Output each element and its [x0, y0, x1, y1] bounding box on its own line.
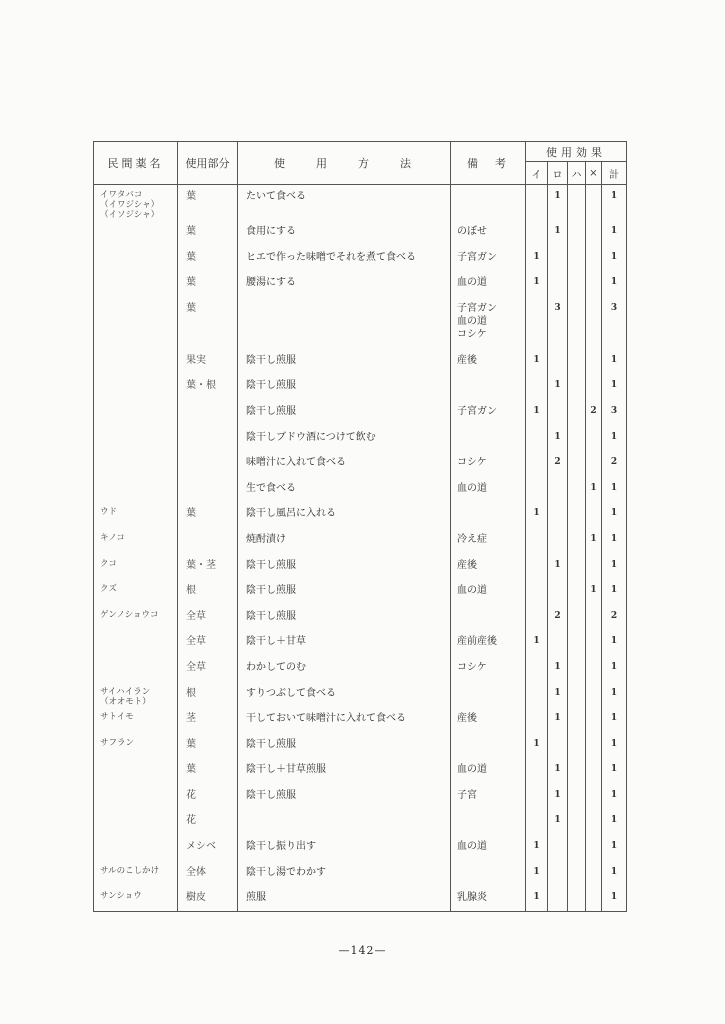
cell-effect-total: 1 [602, 784, 627, 810]
cell-part: 葉 [178, 733, 238, 759]
cell-effect-i [526, 477, 548, 503]
cell-part: 茎 [178, 707, 238, 733]
cell-part: 全草 [178, 630, 238, 656]
cell-effect-i [526, 605, 548, 631]
cell-part: 葉・茎 [178, 554, 238, 580]
cell-effect-ro: 1 [548, 707, 568, 733]
cell-effect-ha [568, 605, 586, 631]
table-row: 花11 [94, 809, 627, 835]
cell-note [451, 374, 526, 400]
cell-note: 子宮ガン [451, 400, 526, 426]
cell-effect-ha [568, 835, 586, 861]
header-note: 備 考 [451, 142, 526, 185]
cell-name [94, 656, 178, 682]
cell-name [94, 220, 178, 246]
cell-effect-total: 3 [602, 400, 627, 426]
cell-effect-i [526, 528, 548, 554]
cell-name [94, 349, 178, 375]
cell-effect-ha [568, 758, 586, 784]
cell-name [94, 784, 178, 810]
cell-effect-x [586, 835, 602, 861]
cell-effect-x [586, 733, 602, 759]
cell-effect-i: 1 [526, 630, 548, 656]
cell-effect-ha [568, 185, 586, 221]
cell-method: 陰干し煎服 [238, 374, 451, 400]
cell-note [451, 426, 526, 452]
cell-name: イワタバコ （イワジシャ） （イソジシャ） [94, 185, 178, 221]
cell-name [94, 400, 178, 426]
cell-effect-i: 1 [526, 400, 548, 426]
cell-effect-total: 2 [602, 451, 627, 477]
cell-part: 根 [178, 579, 238, 605]
cell-effect-ro [548, 886, 568, 912]
cell-effect-ro [548, 733, 568, 759]
cell-effect-i: 1 [526, 349, 548, 375]
cell-effect-i: 1 [526, 246, 548, 272]
cell-effect-i [526, 707, 548, 733]
cell-method: 焼酎漬け [238, 528, 451, 554]
cell-effect-ro: 2 [548, 451, 568, 477]
cell-method: 陰干し煎服 [238, 400, 451, 426]
cell-part: 花 [178, 784, 238, 810]
cell-effect-x [586, 682, 602, 708]
cell-method: 陰干しブドウ酒につけて飲む [238, 426, 451, 452]
cell-effect-ro: 1 [548, 682, 568, 708]
table-row: ゲンノショウコ全草陰干し煎服22 [94, 605, 627, 631]
cell-note [451, 733, 526, 759]
cell-effect-total: 1 [602, 630, 627, 656]
cell-method: 食用にする [238, 220, 451, 246]
cell-effect-ro [548, 630, 568, 656]
cell-name: サイハイラン （オオモト） [94, 682, 178, 708]
cell-effect-i: 1 [526, 502, 548, 528]
cell-effect-x [586, 758, 602, 784]
cell-effect-ro [548, 835, 568, 861]
cell-effect-ha [568, 707, 586, 733]
cell-effect-ha [568, 886, 586, 912]
table-row: サフラン葉陰干し煎服11 [94, 733, 627, 759]
cell-part: 全草 [178, 605, 238, 631]
cell-method: 陰干し＋甘草煎服 [238, 758, 451, 784]
cell-method: 腰湯にする [238, 271, 451, 297]
cell-note: のぼせ [451, 220, 526, 246]
cell-effect-ha [568, 630, 586, 656]
cell-effect-ro [548, 579, 568, 605]
cell-note: 産後 [451, 554, 526, 580]
cell-effect-ro: 1 [548, 185, 568, 221]
cell-effect-ha [568, 554, 586, 580]
cell-effect-ha [568, 271, 586, 297]
table-row: クコ葉・茎陰干し煎服産後11 [94, 554, 627, 580]
cell-effect-total: 1 [602, 886, 627, 912]
cell-effect-x [586, 185, 602, 221]
cell-name [94, 630, 178, 656]
cell-name [94, 426, 178, 452]
cell-effect-i [526, 809, 548, 835]
folk-medicine-table-container: 民間薬名 使用部分 使 用 方 法 備 考 使用効果 イ ロ ハ × 計 イワタ… [93, 141, 626, 912]
cell-part [178, 477, 238, 503]
cell-method: 味噌汁に入れて食べる [238, 451, 451, 477]
cell-effect-ro [548, 861, 568, 887]
cell-effect-ha [568, 733, 586, 759]
cell-effect-total: 1 [602, 477, 627, 503]
cell-effect-total: 1 [602, 656, 627, 682]
cell-note: 血の道 [451, 477, 526, 503]
cell-note: 産前産後 [451, 630, 526, 656]
header-effect-ha: ハ [568, 162, 586, 185]
cell-effect-total: 1 [602, 426, 627, 452]
cell-effect-total: 1 [602, 861, 627, 887]
cell-effect-x [586, 502, 602, 528]
cell-effect-total: 1 [602, 809, 627, 835]
cell-effect-ro [548, 246, 568, 272]
cell-effect-ha [568, 502, 586, 528]
cell-name [94, 758, 178, 784]
table-row: 陰干し煎服子宮ガン123 [94, 400, 627, 426]
cell-effect-x [586, 861, 602, 887]
cell-effect-ha [568, 220, 586, 246]
table-row: 生で食べる血の道11 [94, 477, 627, 503]
table-row: 葉ヒエで作った味噌でそれを煮て食べる子宮ガン11 [94, 246, 627, 272]
cell-effect-ha [568, 297, 586, 349]
cell-name: ウド [94, 502, 178, 528]
cell-effect-ro: 1 [548, 426, 568, 452]
cell-part: 全体 [178, 861, 238, 887]
cell-effect-i [526, 185, 548, 221]
cell-effect-ha [568, 809, 586, 835]
cell-effect-ro: 1 [548, 809, 568, 835]
cell-effect-ro: 2 [548, 605, 568, 631]
cell-effect-ro: 1 [548, 374, 568, 400]
cell-effect-x [586, 809, 602, 835]
cell-effect-x [586, 784, 602, 810]
cell-effect-x: 1 [586, 528, 602, 554]
cell-effect-x [586, 656, 602, 682]
cell-method: すりつぶして食べる [238, 682, 451, 708]
cell-effect-ha [568, 682, 586, 708]
cell-method: 煎服 [238, 886, 451, 912]
cell-effect-x [586, 220, 602, 246]
cell-effect-total: 1 [602, 554, 627, 580]
cell-part: 果実 [178, 349, 238, 375]
table-row: 全草わかしてのむコシケ11 [94, 656, 627, 682]
cell-part: 花 [178, 809, 238, 835]
cell-effect-i: 1 [526, 886, 548, 912]
cell-method: ヒエで作った味噌でそれを煮て食べる [238, 246, 451, 272]
table-body: イワタバコ （イワジシャ） （イソジシャ）葉たいて食べる11葉食用にするのぼせ1… [94, 185, 627, 912]
cell-name [94, 809, 178, 835]
cell-effect-ro: 1 [548, 656, 568, 682]
cell-effect-ro: 1 [548, 220, 568, 246]
cell-effect-total: 1 [602, 185, 627, 221]
cell-effect-i [526, 297, 548, 349]
cell-note: 血の道 [451, 758, 526, 784]
cell-part: 葉 [178, 220, 238, 246]
cell-effect-i: 1 [526, 861, 548, 887]
cell-note: 産後 [451, 707, 526, 733]
cell-effect-x [586, 374, 602, 400]
cell-part: 葉・根 [178, 374, 238, 400]
cell-note: 子宮ガン 血の道 コシケ [451, 297, 526, 349]
header-effect-total: 計 [602, 162, 627, 185]
cell-note: 産後 [451, 349, 526, 375]
cell-name [94, 477, 178, 503]
cell-effect-i [526, 554, 548, 580]
table-row: サンショウ樹皮煎服乳腺炎11 [94, 886, 627, 912]
cell-name [94, 271, 178, 297]
cell-note: 血の道 [451, 579, 526, 605]
cell-note: 冷え症 [451, 528, 526, 554]
cell-effect-x: 2 [586, 400, 602, 426]
cell-method: 陰干し煎服 [238, 579, 451, 605]
cell-method: 陰干し煎服 [238, 784, 451, 810]
cell-name [94, 297, 178, 349]
cell-effect-x [586, 630, 602, 656]
header-effect-ro: ロ [548, 162, 568, 185]
cell-part: 葉 [178, 297, 238, 349]
table-row: 葉・根陰干し煎服11 [94, 374, 627, 400]
cell-method: 陰干し煎服 [238, 349, 451, 375]
table-row: 葉陰干し＋甘草煎服血の道11 [94, 758, 627, 784]
cell-note: 血の道 [451, 835, 526, 861]
cell-effect-ha [568, 400, 586, 426]
cell-effect-ro [548, 271, 568, 297]
table-row: 花陰干し煎服子宮11 [94, 784, 627, 810]
table-row: 陰干しブドウ酒につけて飲む11 [94, 426, 627, 452]
cell-effect-total: 1 [602, 528, 627, 554]
table-row: キノコ焼酎漬け冷え症11 [94, 528, 627, 554]
cell-note [451, 682, 526, 708]
cell-effect-i [526, 579, 548, 605]
cell-part: 根 [178, 682, 238, 708]
cell-part [178, 426, 238, 452]
cell-note [451, 605, 526, 631]
cell-part [178, 451, 238, 477]
cell-effect-i: 1 [526, 733, 548, 759]
cell-effect-ha [568, 374, 586, 400]
cell-note: 血の道 [451, 271, 526, 297]
cell-effect-total: 2 [602, 605, 627, 631]
table-row: サトイモ茎干しておいて味噌汁に入れて食べる産後11 [94, 707, 627, 733]
cell-name: クコ [94, 554, 178, 580]
table-header: 民間薬名 使用部分 使 用 方 法 備 考 使用効果 イ ロ ハ × 計 [94, 142, 627, 185]
cell-part: 葉 [178, 502, 238, 528]
cell-name [94, 246, 178, 272]
table-row: メシベ陰干し振り出す血の道11 [94, 835, 627, 861]
cell-method [238, 297, 451, 349]
cell-note [451, 861, 526, 887]
table-row: サイハイラン （オオモト）根すりつぶして食べる11 [94, 682, 627, 708]
cell-effect-x [586, 297, 602, 349]
cell-effect-ha [568, 861, 586, 887]
header-part: 使用部分 [178, 142, 238, 185]
table-row: サルのこしかけ全体陰干し湯でわかす11 [94, 861, 627, 887]
cell-effect-i [526, 682, 548, 708]
cell-effect-x [586, 246, 602, 272]
cell-name: クズ [94, 579, 178, 605]
cell-method: 干しておいて味噌汁に入れて食べる [238, 707, 451, 733]
cell-effect-x [586, 886, 602, 912]
cell-part: メシベ [178, 835, 238, 861]
cell-method: 陰干し煎服 [238, 605, 451, 631]
cell-effect-total: 1 [602, 835, 627, 861]
cell-effect-i [526, 220, 548, 246]
cell-effect-x [586, 707, 602, 733]
cell-effect-i [526, 656, 548, 682]
cell-effect-total: 1 [602, 246, 627, 272]
cell-method: 生で食べる [238, 477, 451, 503]
cell-effect-ro [548, 400, 568, 426]
cell-effect-total: 1 [602, 579, 627, 605]
cell-effect-ro: 1 [548, 784, 568, 810]
cell-effect-ha [568, 579, 586, 605]
cell-effect-ha [568, 246, 586, 272]
cell-effect-i [526, 784, 548, 810]
table-row: 葉子宮ガン 血の道 コシケ33 [94, 297, 627, 349]
cell-part: 葉 [178, 185, 238, 221]
cell-method: 陰干し＋甘草 [238, 630, 451, 656]
header-method: 使 用 方 法 [238, 142, 451, 185]
cell-note [451, 809, 526, 835]
cell-effect-total: 1 [602, 220, 627, 246]
cell-effect-i [526, 758, 548, 784]
cell-note [451, 185, 526, 221]
cell-method [238, 809, 451, 835]
cell-name: サフラン [94, 733, 178, 759]
header-name: 民間薬名 [94, 142, 178, 185]
cell-part: 樹皮 [178, 886, 238, 912]
cell-note: 乳腺炎 [451, 886, 526, 912]
cell-effect-total: 1 [602, 374, 627, 400]
cell-effect-total: 1 [602, 758, 627, 784]
cell-effect-total: 1 [602, 707, 627, 733]
cell-method: たいて食べる [238, 185, 451, 221]
table-row: 果実陰干し煎服産後11 [94, 349, 627, 375]
cell-part: 葉 [178, 246, 238, 272]
cell-part [178, 400, 238, 426]
page-number: —142— [0, 944, 725, 957]
cell-effect-ro [548, 349, 568, 375]
cell-name [94, 835, 178, 861]
cell-part: 葉 [178, 271, 238, 297]
cell-effect-i: 1 [526, 835, 548, 861]
table-row: 葉食用にするのぼせ11 [94, 220, 627, 246]
cell-note: コシケ [451, 451, 526, 477]
cell-effect-x [586, 554, 602, 580]
cell-method: 陰干し煎服 [238, 733, 451, 759]
cell-effect-ha [568, 451, 586, 477]
cell-effect-ro [548, 528, 568, 554]
cell-note: 子宮 [451, 784, 526, 810]
cell-name [94, 374, 178, 400]
header-effect: 使用効果 [526, 142, 627, 162]
cell-effect-total: 1 [602, 349, 627, 375]
cell-effect-ro: 3 [548, 297, 568, 349]
cell-effect-ha [568, 426, 586, 452]
cell-effect-ha [568, 528, 586, 554]
cell-part: 全草 [178, 656, 238, 682]
cell-effect-ha [568, 784, 586, 810]
cell-effect-total: 1 [602, 502, 627, 528]
cell-method: 陰干し振り出す [238, 835, 451, 861]
cell-method: わかしてのむ [238, 656, 451, 682]
cell-note: 子宮ガン [451, 246, 526, 272]
cell-part: 葉 [178, 758, 238, 784]
cell-method: 陰干し湯でわかす [238, 861, 451, 887]
cell-effect-x [586, 605, 602, 631]
table-row: イワタバコ （イワジシャ） （イソジシャ）葉たいて食べる11 [94, 185, 627, 221]
cell-effect-total: 3 [602, 297, 627, 349]
cell-effect-x [586, 271, 602, 297]
folk-medicine-table: 民間薬名 使用部分 使 用 方 法 備 考 使用効果 イ ロ ハ × 計 イワタ… [93, 141, 627, 912]
table-row: ウド葉陰干し風呂に入れる11 [94, 502, 627, 528]
cell-effect-i: 1 [526, 271, 548, 297]
cell-effect-ro [548, 477, 568, 503]
cell-name: キノコ [94, 528, 178, 554]
header-effect-i: イ [526, 162, 548, 185]
cell-effect-total: 1 [602, 682, 627, 708]
cell-name: ゲンノショウコ [94, 605, 178, 631]
cell-method: 陰干し風呂に入れる [238, 502, 451, 528]
cell-effect-ha [568, 477, 586, 503]
cell-effect-x: 1 [586, 477, 602, 503]
cell-effect-i [526, 426, 548, 452]
cell-name: サトイモ [94, 707, 178, 733]
cell-effect-total: 1 [602, 733, 627, 759]
cell-effect-ro: 1 [548, 758, 568, 784]
cell-note [451, 502, 526, 528]
cell-effect-ro [548, 502, 568, 528]
cell-effect-x: 1 [586, 579, 602, 605]
cell-effect-ro: 1 [548, 554, 568, 580]
cell-effect-x [586, 426, 602, 452]
table-row: 全草陰干し＋甘草産前産後11 [94, 630, 627, 656]
table-row: 味噌汁に入れて食べるコシケ22 [94, 451, 627, 477]
cell-name: サンショウ [94, 886, 178, 912]
cell-effect-i [526, 374, 548, 400]
cell-effect-x [586, 349, 602, 375]
cell-effect-x [586, 451, 602, 477]
cell-effect-i [526, 451, 548, 477]
table-row: 葉腰湯にする血の道11 [94, 271, 627, 297]
cell-effect-total: 1 [602, 271, 627, 297]
cell-part [178, 528, 238, 554]
cell-method: 陰干し煎服 [238, 554, 451, 580]
table-row: クズ根陰干し煎服血の道11 [94, 579, 627, 605]
header-effect-x: × [586, 162, 602, 185]
cell-name [94, 451, 178, 477]
cell-effect-ha [568, 349, 586, 375]
cell-name: サルのこしかけ [94, 861, 178, 887]
cell-effect-ha [568, 656, 586, 682]
cell-note: コシケ [451, 656, 526, 682]
